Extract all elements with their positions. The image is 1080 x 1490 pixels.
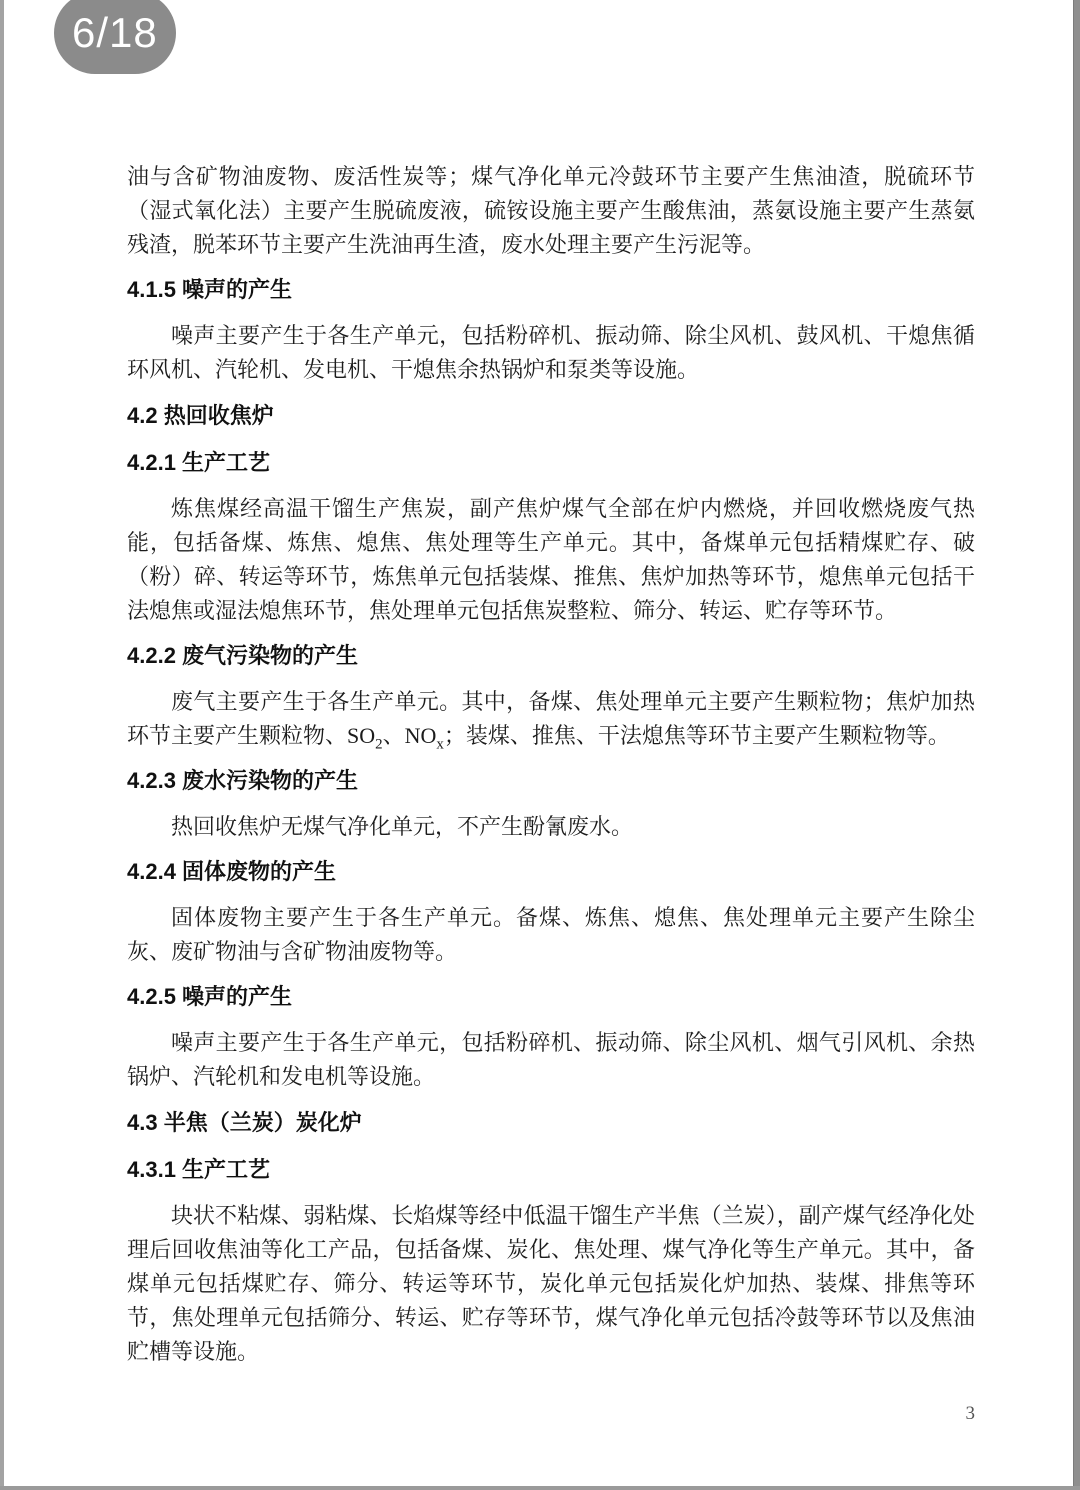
document-page: 油与含矿物油废物、废活性炭等；煤气净化单元冷鼓环节主要产生焦油渣，脱硫环节（湿式… [0,0,1080,1431]
text-run: 炼焦煤经高温干馏生产焦炭，副产焦炉煤气全部在炉内燃烧，并回收燃烧废气热能，包括备… [127,496,975,623]
body-paragraph: 固体废物主要产生于各生产单元。备煤、炼焦、熄焦、焦处理单元主要产生除尘灰、废矿物… [127,901,975,969]
text-run: 4.2.3 废水污染物的产生 [127,768,358,793]
section-heading: 4.3.1 生产工艺 [127,1153,975,1187]
section-heading: 4.2.2 废气污染物的产生 [127,639,975,673]
section-heading: 4.2.3 废水污染物的产生 [127,764,975,798]
body-paragraph: 噪声主要产生于各生产单元，包括粉碎机、振动筛、除尘风机、烟气引风机、余热锅炉、汽… [127,1026,975,1094]
body-paragraph: 油与含矿物油废物、废活性炭等；煤气净化单元冷鼓环节主要产生焦油渣，脱硫环节（湿式… [127,160,975,262]
text-run: 4.3 半焦（兰炭）炭化炉 [127,1110,362,1135]
text-run: 热回收焦炉无煤气净化单元，不产生酚氰废水。 [171,814,633,839]
page-edge-bottom [0,1486,1080,1490]
text-run: 4.2.1 生产工艺 [127,450,270,475]
text-run: 4.1.5 噪声的产生 [127,277,292,302]
section-heading: 4.2 热回收焦炉 [127,399,975,433]
text-run: 4.2 热回收焦炉 [127,403,274,428]
subscript-text: x [436,736,443,752]
body-paragraph: 块状不粘煤、弱粘煤、长焰煤等经中低温干馏生产半焦（兰炭），副产煤气经净化处理后回… [127,1199,975,1369]
document-body: 油与含矿物油废物、废活性炭等；煤气净化单元冷鼓环节主要产生焦油渣，脱硫环节（湿式… [127,160,975,1369]
page-number: 3 [127,1397,975,1431]
text-run: ；装煤、推焦、干法熄焦等环节主要产生颗粒物等。 [444,723,950,748]
body-paragraph: 热回收焦炉无煤气净化单元，不产生酚氰废水。 [127,810,975,844]
section-heading: 4.3 半焦（兰炭）炭化炉 [127,1106,975,1140]
text-run: 4.2.5 噪声的产生 [127,984,292,1009]
section-heading: 4.2.1 生产工艺 [127,446,975,480]
text-run: 油与含矿物油废物、废活性炭等；煤气净化单元冷鼓环节主要产生焦油渣，脱硫环节（湿式… [127,164,975,257]
text-run: 块状不粘煤、弱粘煤、长焰煤等经中低温干馏生产半焦（兰炭），副产煤气经净化处理后回… [127,1203,975,1364]
body-paragraph: 噪声主要产生于各生产单元，包括粉碎机、振动筛、除尘风机、鼓风机、干熄焦循环风机、… [127,319,975,387]
text-run: 噪声主要产生于各生产单元，包括粉碎机、振动筛、除尘风机、鼓风机、干熄焦循环风机、… [127,323,975,382]
text-run: 4.3.1 生产工艺 [127,1157,270,1182]
text-run: 4.2.2 废气污染物的产生 [127,643,358,668]
section-heading: 4.2.4 固体废物的产生 [127,855,975,889]
section-heading: 4.2.5 噪声的产生 [127,980,975,1014]
text-run: 噪声主要产生于各生产单元，包括粉碎机、振动筛、除尘风机、烟气引风机、余热锅炉、汽… [127,1030,975,1089]
section-heading: 4.1.5 噪声的产生 [127,273,975,307]
body-paragraph: 炼焦煤经高温干馏生产焦炭，副产焦炉煤气全部在炉内燃烧，并回收燃烧废气热能，包括备… [127,492,975,628]
subscript-text: 2 [375,736,382,752]
text-run: 4.2.4 固体废物的产生 [127,859,336,884]
body-paragraph: 废气主要产生于各生产单元。其中，备煤、焦处理单元主要产生颗粒物；焦炉加热环节主要… [127,685,975,753]
text-run: 、NO [383,723,437,748]
text-run: 固体废物主要产生于各生产单元。备煤、炼焦、熄焦、焦处理单元主要产生除尘灰、废矿物… [127,905,975,964]
